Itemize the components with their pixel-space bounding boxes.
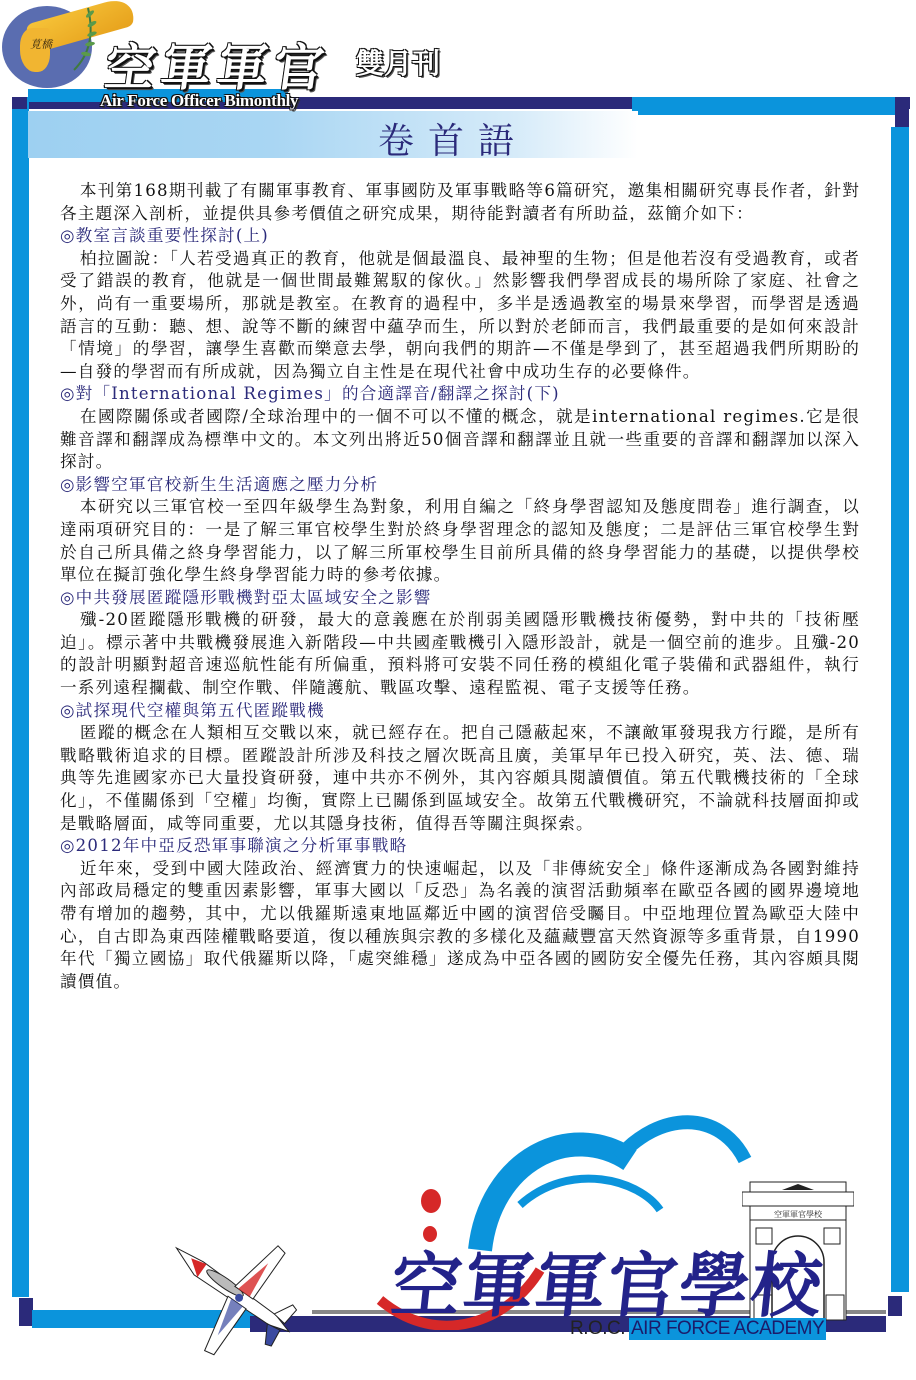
academy-name-english: AIR FORCE ACADEMY: [629, 1318, 826, 1340]
frame-left-navy-corner: [12, 97, 27, 109]
frame-top-right-corner: [895, 97, 909, 127]
masthead-subtitle: 雙月刊: [356, 42, 440, 82]
arch-inscription: 空軍軍官學校: [774, 1209, 823, 1219]
frame-top-blue-bar-right: [632, 97, 895, 115]
frame-right-blue-bar: [891, 127, 909, 1292]
article-heading: ◎對「International Regimes」的合適譯音/翻譯之探討(下): [60, 383, 860, 406]
article-heading: ◎試探現代空權與第五代匿蹤戰機: [60, 700, 860, 723]
article-summary: 匿蹤的概念在人類相互交戰以來，就已經存在。把自己隱蔽起來，不讓敵軍發現我方行蹤，…: [60, 722, 860, 835]
article-heading: ◎中共發展匿蹤隱形戰機對亞太區域安全之影響: [60, 587, 860, 610]
frame-left-blue-bar: [12, 97, 29, 1297]
editorial-content: 本刊第168期刊載了有關軍事教育、軍事國防及軍事戰略等6篇研究，邀集相關研究專長…: [60, 180, 860, 993]
academy-name-chinese: 空軍軍官學校: [387, 1230, 830, 1331]
article-summary: 在國際關係或者國際/全球治理中的一個不可以不懂的概念，就是internation…: [60, 406, 860, 474]
article-summary: 殲-20匿蹤隱形戰機的研發，最大的意義應在於削弱美國隱形戰機技術優勢，對中共的「…: [60, 609, 860, 699]
logo-text: 莧橋: [30, 36, 52, 52]
page-title: 卷首語: [378, 113, 528, 164]
laurel-icon: [70, 4, 100, 74]
article-summary: 近年來，受到中國大陸政治、經濟實力的快速崛起，以及「非傳統安全」條件逐漸成為各國…: [60, 858, 860, 994]
frame-bottom-left-corner: [19, 1298, 33, 1326]
academy-name-roc: R.O.C.: [570, 1318, 625, 1340]
article-heading: ◎教室言談重要性探討(上): [60, 225, 860, 248]
frame-bottom-right-corner: [888, 1296, 902, 1316]
intro-paragraph: 本刊第168期刊載了有關軍事教育、軍事國防及軍事戰略等6篇研究，邀集相關研究專長…: [60, 180, 860, 225]
jet-aircraft-icon: [160, 1220, 310, 1370]
title-band: [28, 111, 638, 158]
masthead-english-title: Air Force Officer Bimonthly: [100, 91, 298, 111]
masthead-title: 空軍軍官: [101, 28, 335, 100]
red-dot-decoration: [421, 1189, 441, 1213]
article-summary: 柏拉圖說：「人若受過真正的教育，他就是個最溫良、最神聖的生物；但是他若沒有受過教…: [60, 248, 860, 384]
article-heading: ◎2012年中亞反恐軍事聯演之分析軍事戰略: [60, 835, 860, 858]
article-heading: ◎影響空軍官校新生生活適應之壓力分析: [60, 474, 860, 497]
article-summary: 本研究以三軍官校一至四年級學生為對象，利用自編之「終身學習認知及態度問卷」進行調…: [60, 496, 860, 586]
